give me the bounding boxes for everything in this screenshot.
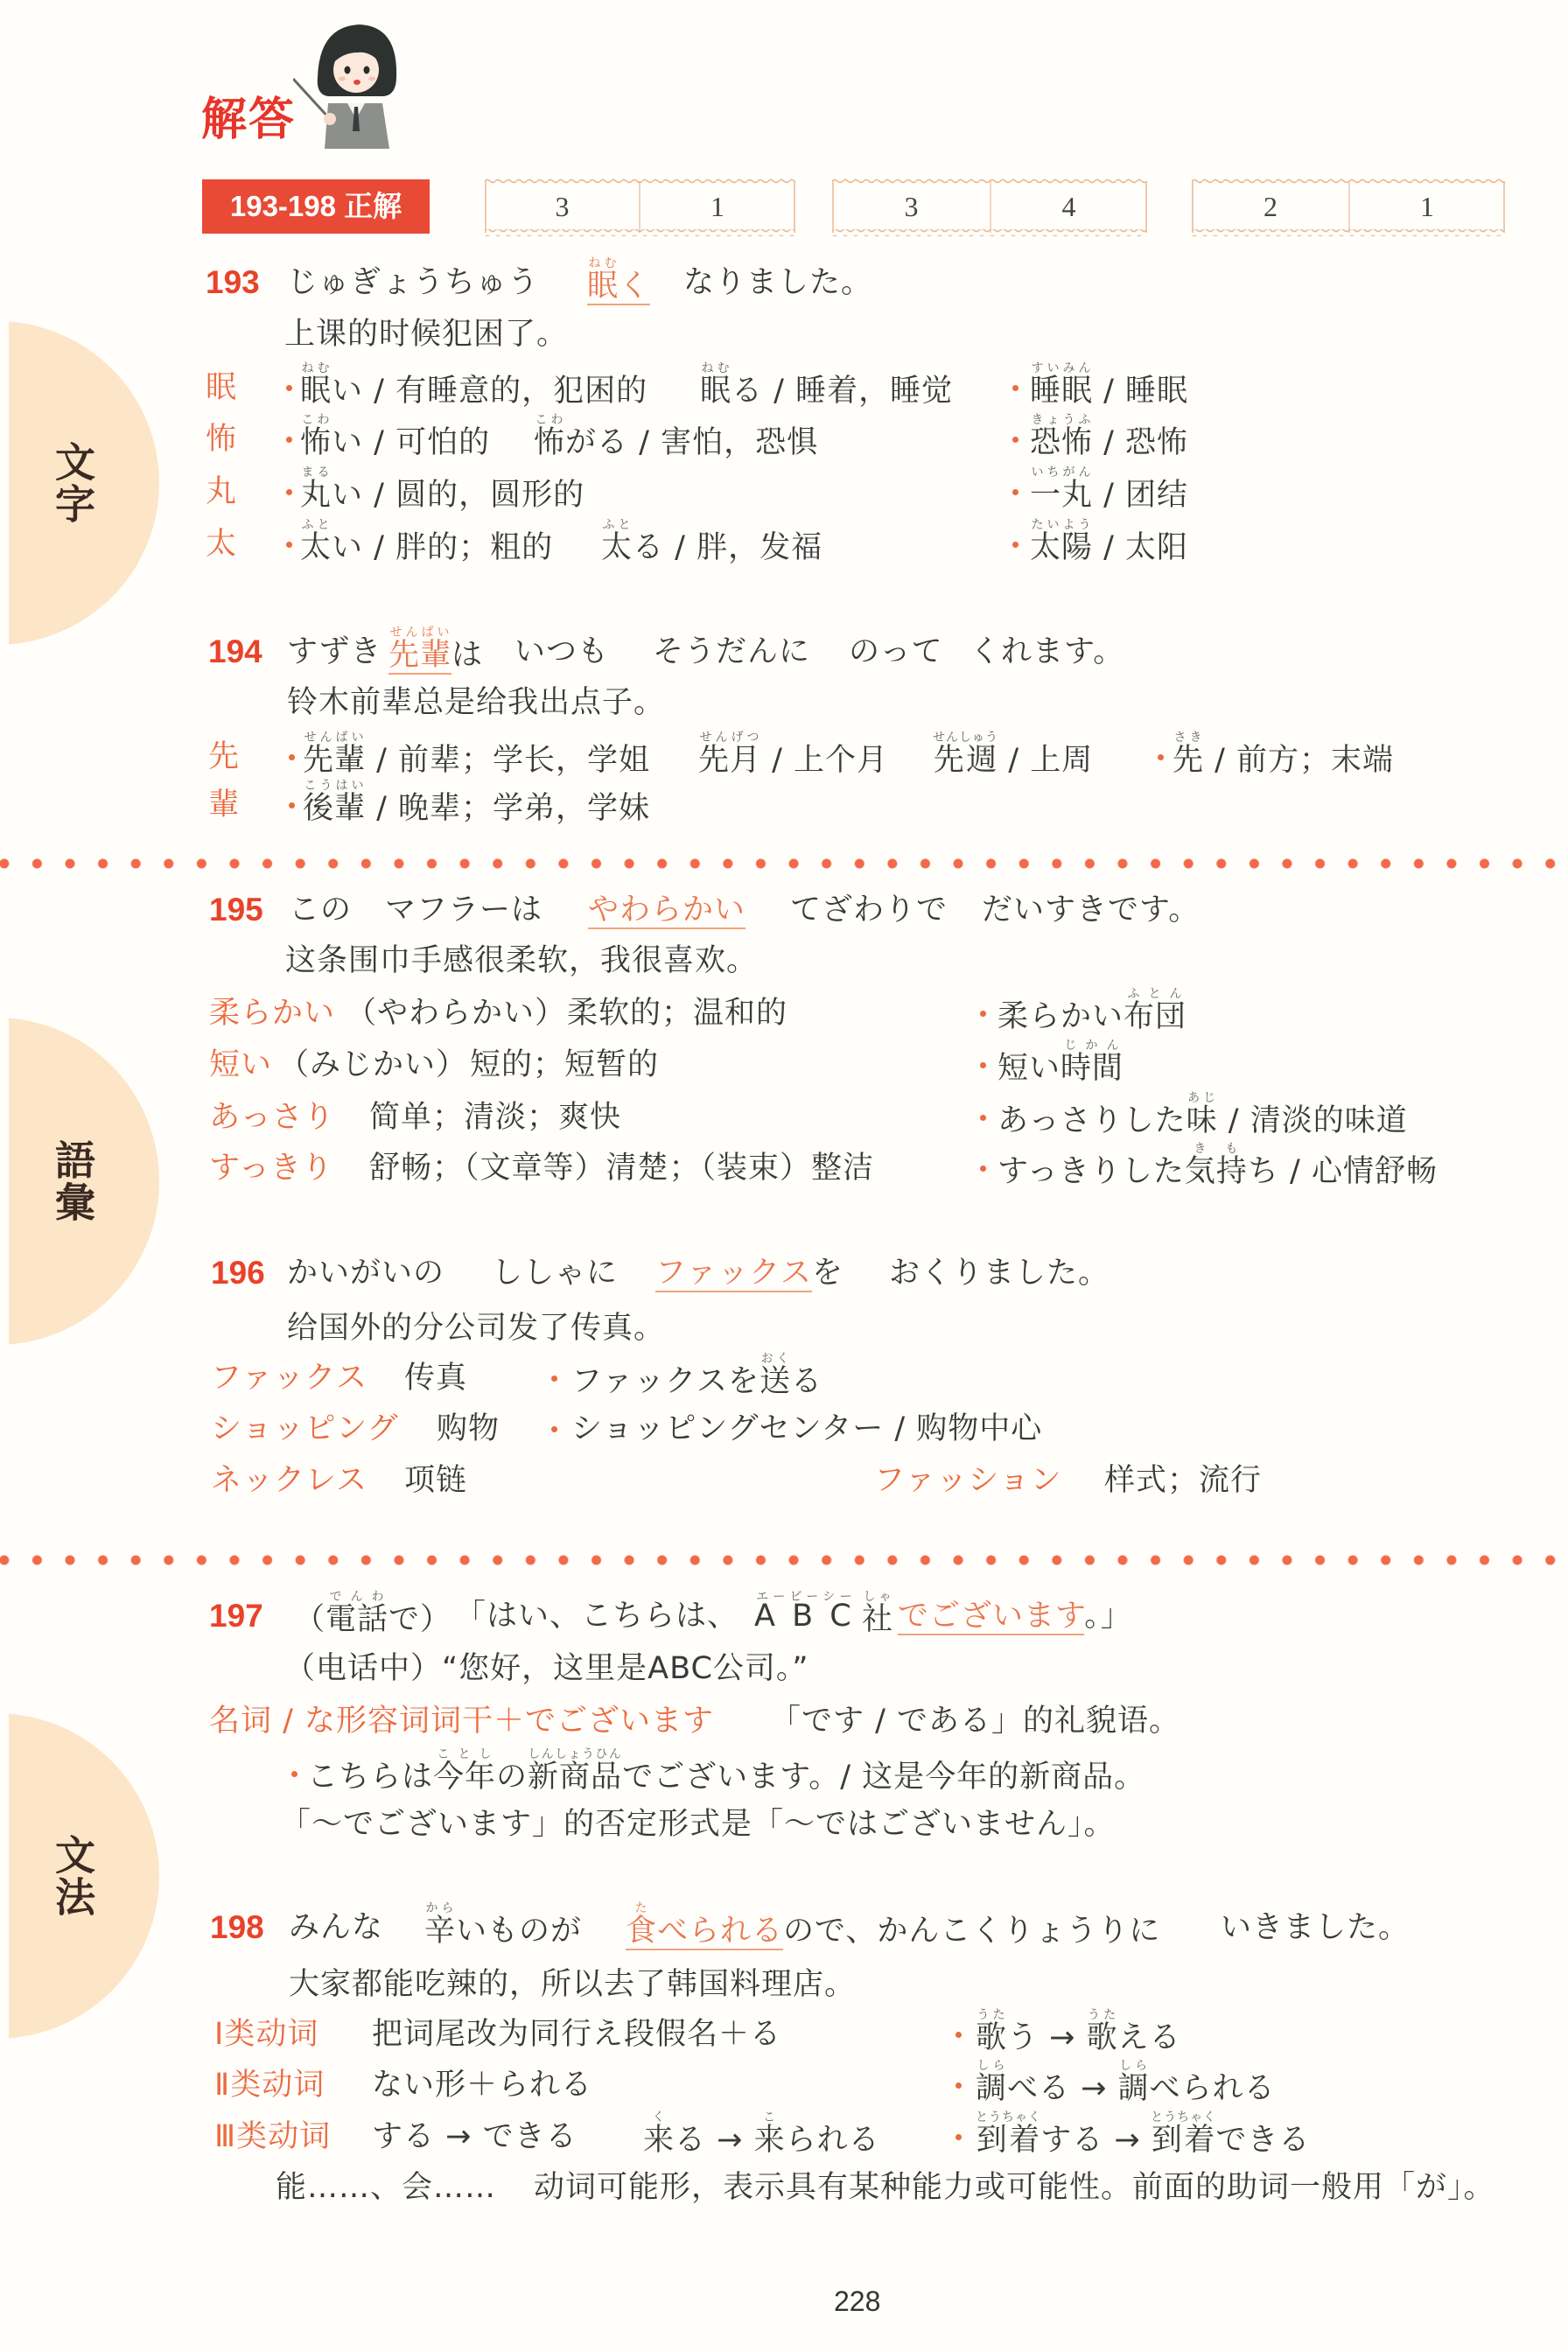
verb-class-rule: する → できる (372, 2110, 577, 2163)
vocab-meaning: 传真 (404, 1352, 467, 1404)
question-number: 198 (210, 1901, 264, 1954)
question-number: 197 (209, 1590, 263, 1642)
answer-kanji: 食 (626, 1914, 657, 1949)
verb-example: 歌うたう → 歌うたえる (976, 2008, 1181, 2064)
furigana: ねむ (300, 361, 332, 375)
entry-meaning: / 上周 (997, 743, 1093, 778)
sentence-part: だいすきです。 (982, 884, 1200, 936)
translation-text: 给国外的分公司发了传真。 (287, 1302, 665, 1354)
sentence-part: すずき (287, 626, 381, 678)
question-197-sentence: 197 （電話でんわで） 「はい、こちらは、 A B Cエービーシー 社しゃ で… (0, 1590, 1568, 1642)
answer-group-193-194: 3 1 (485, 178, 795, 236)
vocab-row: 眠 眠ねむい / 有睡意的，犯困的 眠ねむる / 睡着，睡觉 睡眠すいみん / … (0, 361, 1568, 414)
vocab-entry: 怖こわい / 可怕的 (300, 413, 490, 469)
furigana: うた (976, 2008, 1007, 2022)
entry-okurigana: る (731, 374, 763, 409)
entry-kanji: 睡眠 (1030, 374, 1093, 409)
answer-okurigana: べられる (657, 1914, 783, 1949)
entry-meaning: / 害怕，恐惧 (628, 425, 818, 460)
furigana: でんわ (325, 1590, 388, 1604)
bullet-icon (286, 385, 292, 391)
furigana: せんぱい (388, 626, 451, 640)
entry-okurigana: る (633, 530, 664, 565)
entry-meaning: / 上个月 (761, 743, 888, 778)
vocab-entry: 太ふとい / 胖的；粗的 (300, 518, 553, 574)
vocab-meaning: 样式；流行 (1104, 1454, 1262, 1507)
entry-meaning: / 团结 (1093, 478, 1188, 513)
answer-word: やわらかい (588, 884, 745, 936)
bullet-icon (955, 2082, 962, 2089)
entry-meaning: / 前辈；学长，学姐 (366, 743, 650, 778)
sentence-part: ししゃに (492, 1247, 618, 1299)
furigana: せんしゅう (933, 731, 998, 745)
answer-word: でございます (898, 1599, 1084, 1634)
sentence-part: A B Cエービーシー (754, 1590, 855, 1642)
row-kanji-label: 怖 (206, 413, 237, 465)
verb-class-row: Ⅲ类动词 する → できる 来くる → 来こられる 到着とうちゃくする → 到着… (0, 2110, 1568, 2163)
question-number: 195 (209, 884, 263, 936)
entry-kanji: 先 (1172, 743, 1204, 778)
entry-kanji: 太陽 (1030, 530, 1093, 565)
answer-cell-198: 1 (1349, 178, 1505, 236)
vocab-entry: 太陽たいよう / 太阳 (1030, 518, 1188, 574)
verb-class-label: Ⅰ类动词 (214, 2008, 318, 2061)
entry-kanji: 後輩 (303, 791, 366, 826)
arrow-icon: → (1103, 2123, 1151, 2158)
vocab-example: ファックスを送おくる (571, 1352, 822, 1408)
bullet-icon (289, 802, 295, 808)
entry-meaning: / 圆的，圆形的 (363, 478, 584, 513)
vocab-entry: 睡眠すいみん / 睡眠 (1030, 361, 1188, 417)
sentence-kanji: 社 (862, 1602, 893, 1637)
row-kanji-label: 丸 (206, 465, 237, 518)
answer-cell-194: 1 (640, 178, 795, 236)
example-text: られる (786, 2123, 880, 2158)
furigana: こわ (534, 413, 565, 427)
sentence-part: いきました。 (1221, 1901, 1410, 1954)
example-text: 短い (997, 1051, 1060, 1086)
row-kanji-label: 太 (206, 518, 237, 570)
bullet-icon (286, 489, 292, 495)
sentence-text: で） (388, 1602, 451, 1637)
vocab-example: すっきりした気持きもち / 心情舒畅 (997, 1142, 1438, 1198)
answer-cell-195: 3 (832, 178, 990, 236)
example-sentence: こちらは今年ことしの新商品しんしょうひんでございます。/ 这是今年的新商品。 (307, 1747, 1145, 1803)
grammar-example: こちらは今年ことしの新商品しんしょうひんでございます。/ 这是今年的新商品。 (0, 1747, 1568, 1800)
furigana: じかん (1060, 1039, 1123, 1053)
page-title: 解答 (201, 94, 296, 146)
example-text: べる (1007, 2071, 1070, 2106)
verb-class-rule: 来くる → 来こられる (643, 2110, 880, 2166)
entry-kanji: 怖 (300, 425, 332, 460)
sentence-text: 。」 (1084, 1599, 1132, 1634)
sentence-part: 社しゃ (862, 1590, 893, 1646)
entry-kanji: 眠 (700, 374, 731, 409)
furigana: せんぱい (303, 731, 366, 745)
entry-meaning: / 可怕的 (363, 425, 490, 460)
verb-class-row: Ⅰ类动词 把词尾改为同行え段假名＋る 歌うたう → 歌うたえる (0, 2008, 1568, 2061)
entry-meaning: / 睡着，睡觉 (763, 374, 953, 409)
answer-word: 食たべられる (626, 1914, 783, 1949)
sentence-part: マフラーは (385, 884, 542, 936)
sentence-part: 辛からいものが (424, 1901, 582, 1957)
example-kanji: 送 (759, 1364, 791, 1399)
vocab-entry: 丸まるい / 圆的，圆形的 (300, 465, 584, 521)
bullet-icon (1012, 542, 1018, 548)
question-194-sentence: 194 すずき 先輩せんぱいは いつも そうだんに のって くれます。 (0, 626, 1568, 678)
example-kanji: 来 (643, 2123, 675, 2158)
vocab-row: 太 太ふとい / 胖的；粗的 太ふとる / 胖，发福 太陽たいよう / 太阳 (0, 518, 1568, 570)
verb-example: 到着とうちゃくする → 到着とうちゃくできる (976, 2110, 1310, 2166)
sentence-part: （電話でんわで） (294, 1590, 451, 1646)
vocab-row: 怖 怖こわい / 可怕的 怖こわがる / 害怕，恐惧 恐怖きょうふ / 恐怖 (0, 413, 1568, 465)
row-kanji-label: 輩 (208, 779, 240, 831)
furigana: いちがん (1030, 465, 1093, 479)
entry-meaning: / 太阳 (1093, 530, 1188, 565)
vocab-label: ショッピング (211, 1403, 399, 1455)
vocab-example: ショッピングセンター / 购物中心 (571, 1403, 1042, 1455)
bullet-icon (1158, 754, 1164, 760)
bullet-icon (1012, 385, 1018, 391)
grammar-note: 能……、会…… 动词可能形，表示具有某种能力或可能性。前面的助词一般用「が」。 (0, 2161, 1568, 2214)
vocab-meaning: 短的；短暂的 (470, 1039, 659, 1091)
example-text: ファックスを (571, 1364, 759, 1399)
example-kanji: 布団 (1123, 999, 1186, 1034)
example-text: ち / 心情舒畅 (1248, 1154, 1438, 1189)
vocab-row: 輩 後輩こうはい / 晚辈；学弟，学妹 (0, 779, 1568, 831)
sentence-part: この (289, 884, 352, 936)
entry-meaning: / 胖，发福 (664, 530, 822, 565)
answer-word-group: でございます。」 (898, 1590, 1132, 1642)
vocab-entry: 恐怖きょうふ / 恐怖 (1030, 413, 1188, 469)
example-text: / 清淡的味道 (1218, 1103, 1408, 1138)
entry-okurigana: い (332, 478, 363, 513)
dotted-divider (0, 1555, 1568, 1565)
furigana: しら (976, 2059, 1007, 2073)
furigana: から (424, 1901, 456, 1915)
example-text: でございます。/ 这是今年的新商品。 (622, 1760, 1145, 1795)
bullet-icon (955, 2134, 962, 2140)
entry-kanji: 太 (601, 530, 633, 565)
answer-word: 眠ねむく (587, 256, 650, 312)
vocab-meaning: 购物 (437, 1403, 500, 1455)
furigana: く (643, 2110, 675, 2124)
vocab-reading: （やわらかい） (346, 987, 566, 1039)
example-kanji: 到着 (976, 2123, 1041, 2158)
furigana: ことし (433, 1747, 496, 1761)
answer-word: ファックス (655, 1256, 812, 1291)
example-text: う (1007, 2020, 1039, 2055)
example-kanji: 新商品 (528, 1760, 622, 1795)
question-number: 196 (211, 1247, 265, 1299)
dotted-divider (0, 858, 1568, 869)
verb-class-rule: ない形＋られる (372, 2059, 592, 2111)
answer-group-195-196: 3 4 (832, 178, 1147, 236)
verb-class-rule: 把词尾改为同行え段假名＋る (372, 2008, 781, 2061)
row-kanji-label: 眠 (206, 361, 237, 414)
arrow-icon: → (706, 2123, 754, 2158)
example-text: える (1118, 2020, 1181, 2055)
vocab-entry: 一丸いちがん / 团结 (1030, 465, 1188, 521)
question-195-sentence: 195 この マフラーは やわらかい てざわりで だいすきです。 (0, 884, 1568, 936)
bullet-icon (551, 1375, 557, 1382)
sentence-part: みんな (289, 1901, 383, 1954)
example-kanji: 気持 (1185, 1154, 1248, 1189)
entry-kanji: 太 (300, 530, 332, 565)
translation-text: 上课的时候犯困了。 (284, 308, 568, 360)
furigana: とうちゃく (976, 2110, 1041, 2124)
answer-word-group: 食たべられるので、かんこくりょうりに (626, 1901, 1160, 1957)
bullet-icon (291, 1771, 297, 1777)
vocab-label: ファッション (874, 1454, 1062, 1507)
answer-kanji: 先輩 (388, 638, 451, 673)
vocab-entry: 眠ねむい / 有睡意的，犯困的 (300, 361, 647, 417)
entry-kanji: 眠 (300, 374, 332, 409)
furigana: たいよう (1030, 518, 1093, 532)
example-kanji: 歌 (1087, 2020, 1118, 2055)
bullet-icon (1012, 489, 1018, 495)
vocab-meaning: 舒畅；（文章等）清楚；（装束）整洁 (369, 1142, 874, 1194)
furigana: とうちゃく (1151, 2110, 1216, 2124)
example-kanji: 調 (1118, 2071, 1150, 2106)
furigana: こ (754, 2110, 786, 2124)
translation-text: （电话中）“您好，这里是ABC公司。” (284, 1642, 809, 1695)
bullet-icon (551, 1426, 557, 1432)
example-kanji: 到着 (1151, 2123, 1216, 2158)
furigana: こうはい (303, 779, 366, 793)
page-number: 228 (834, 2284, 880, 2319)
furigana: きも (1185, 1142, 1248, 1156)
question-197-translation: （电话中）“您好，这里是ABC公司。” (0, 1642, 1568, 1695)
entry-kanji: 怖 (534, 425, 565, 460)
example-kanji: 来 (754, 2123, 786, 2158)
sentence-abc: A B C (754, 1599, 855, 1634)
furigana: ねむ (700, 361, 731, 375)
sentence-part: のって (849, 626, 943, 678)
question-194-translation: 铃木前辈总是给我出点子。 (0, 676, 1568, 729)
sentence-text: （ (294, 1602, 325, 1637)
sentence-part: を (812, 1256, 843, 1291)
entry-kanji: 先輩 (303, 743, 366, 778)
entry-meaning: / 晚辈；学弟，学妹 (366, 791, 650, 826)
arrow-icon: → (1039, 2020, 1087, 2055)
example-kanji: 歌 (976, 2020, 1007, 2055)
note-text: 「～でございます」的否定形式是「～ではございません」。 (280, 1798, 1116, 1851)
furigana: ふと (601, 518, 633, 532)
entry-kanji: 丸 (300, 478, 332, 513)
example-text: あっさりした (997, 1103, 1186, 1138)
bullet-icon (1012, 437, 1018, 443)
sentence-kanji: 電話 (325, 1602, 388, 1637)
vocab-row: ショッピング 购物 ショッピングセンター / 购物中心 (0, 1403, 1568, 1455)
grammar-point: 名词 / な形容词词干＋でございます 「です / である」的礼貌语。 (0, 1695, 1568, 1747)
question-198-translation: 大家都能吃辣的，所以去了韩国料理店。 (0, 1958, 1568, 2011)
entry-okurigana: がる (565, 425, 628, 460)
vocab-label: すっきり (209, 1142, 333, 1194)
question-196-translation: 给国外的分公司发了传真。 (0, 1302, 1568, 1354)
vocab-label: あっさり (209, 1091, 335, 1144)
vocab-example: 短い時間じかん (997, 1039, 1123, 1095)
note-label: 能……、会…… (276, 2161, 496, 2214)
furigana: さき (1172, 731, 1204, 745)
furigana: しんしょうひん (528, 1747, 622, 1761)
question-number: 194 (208, 626, 262, 678)
question-196-sentence: 196 かいがいの ししゃに ファックスを おくりました。 (0, 1247, 1568, 1299)
vocab-example: あっさりした味あじ / 清淡的味道 (997, 1091, 1408, 1147)
answer-word: 先輩せんぱい (388, 638, 451, 673)
verb-example: 調しらべる → 調しらべられる (976, 2059, 1276, 2115)
example-text: べられる (1150, 2071, 1276, 2106)
question-195-translation: 这条围巾手感很柔软，我很喜欢。 (0, 934, 1568, 987)
answer-cell-196: 4 (990, 178, 1147, 236)
sentence-part: てざわりで (790, 884, 948, 936)
vocab-entry: 太ふとる / 胖，发福 (601, 518, 822, 574)
vocab-label: 柔らかい (209, 987, 335, 1039)
translation-text: 铃木前辈总是给我出点子。 (287, 676, 665, 729)
vocab-row: 丸 丸まるい / 圆的，圆形的 一丸いちがん / 团结 (0, 465, 1568, 518)
vocab-row: 先 先輩せんぱい / 前辈；学长，学姐 先月せんげつ / 上个月 先週せんしゅう… (0, 731, 1568, 783)
vocab-meaning: 简单；清淡；爽快 (369, 1091, 621, 1144)
sentence-part: くれます。 (969, 626, 1124, 678)
sentence-part: 「はい、こちらは、 (455, 1590, 738, 1642)
entry-meaning: / 恐怖 (1093, 425, 1188, 460)
vocab-reading: （みじかい） (278, 1039, 467, 1091)
sentence-part: かいがいの (287, 1247, 444, 1299)
furigana: きょうふ (1030, 413, 1093, 427)
translation-text: 这条围巾手感很柔软，我很喜欢。 (285, 934, 758, 987)
furigana: すいみん (1030, 361, 1093, 375)
verb-class-label: Ⅱ类动词 (214, 2059, 325, 2111)
row-kanji-label: 先 (208, 731, 240, 783)
vocab-meaning: 项链 (404, 1454, 467, 1507)
question-198-sentence: 198 みんな 辛からいものが 食たべられるので、かんこくりょうりに いきました… (0, 1901, 1568, 1954)
sentence-part: おくりました。 (889, 1247, 1109, 1299)
sentence-part: いつも (514, 626, 609, 678)
vocab-label: 短い (209, 1039, 272, 1091)
entry-kanji: 一丸 (1030, 478, 1093, 513)
sentence-part: じゅぎょうちゅう (287, 256, 539, 309)
answer-cell-193: 3 (485, 178, 640, 236)
vocab-meaning: 柔软的；温和的 (567, 987, 787, 1039)
furigana: まる (300, 465, 332, 479)
vocab-row: 短い （みじかい） 短的；短暂的 短い時間じかん (0, 1039, 1568, 1091)
vocab-example: 柔らかい布団ふとん (997, 987, 1186, 1043)
grammar-note: 「～でございます」的否定形式是「～ではございません」。 (0, 1798, 1568, 1851)
entry-okurigana: い (332, 374, 363, 409)
vocab-row: ネックレス 项链 ファッション 样式；流行 (0, 1454, 1568, 1507)
sentence-part: なりました。 (683, 256, 872, 309)
example-text: の (496, 1760, 528, 1795)
answer-cell-197: 2 (1192, 178, 1349, 236)
example-text: 柔らかい (997, 999, 1123, 1034)
answer-word-group: 先輩せんぱいは (388, 626, 483, 682)
furigana: エービーシー (754, 1590, 855, 1604)
verb-class-row: Ⅱ类动词 ない形＋られる 調しらべる → 調しらべられる (0, 2059, 1568, 2111)
furigana: た (626, 1901, 657, 1915)
answer-okurigana: く (619, 269, 650, 304)
bullet-icon (980, 1115, 986, 1121)
example-kanji: 時間 (1060, 1051, 1123, 1086)
verb-class-label: Ⅲ类动词 (214, 2110, 331, 2163)
vocab-entry: 眠ねむる / 睡着，睡觉 (700, 361, 953, 417)
entry-meaning: / 睡眠 (1093, 374, 1188, 409)
furigana: ふとん (1123, 987, 1186, 1001)
entry-okurigana: い (332, 530, 363, 565)
answer-range-label: 193-198 正解 (202, 179, 430, 234)
furigana: しら (1118, 2059, 1150, 2073)
bullet-icon (980, 1011, 986, 1017)
sentence-text: いものが (456, 1914, 582, 1949)
example-text: すっきりした (997, 1154, 1185, 1189)
example-text: できる (1215, 2123, 1310, 2158)
example-kanji: 味 (1186, 1103, 1218, 1138)
example-text: する (1040, 2123, 1103, 2158)
vocab-row: 柔らかい （やわらかい） 柔软的；温和的 柔らかい布団ふとん (0, 987, 1568, 1039)
furigana: せんげつ (698, 731, 761, 745)
bullet-icon (980, 1165, 986, 1172)
note-text: 动词可能形，表示具有某种能力或可能性。前面的助词一般用「が」。 (534, 2161, 1495, 2214)
answer-kanji: 眠 (587, 269, 619, 304)
sentence-text: ので、かんこくりょうりに (783, 1914, 1160, 1949)
entry-meaning: / 前方；末端 (1204, 743, 1394, 778)
bullet-icon (980, 1062, 986, 1068)
furigana: おく (759, 1352, 791, 1366)
grammar-pattern: 名词 / な形容词词干＋でございます (209, 1695, 714, 1747)
translation-text: 大家都能吃辣的，所以去了韩国料理店。 (289, 1958, 856, 2011)
question-number: 193 (206, 256, 260, 309)
vocab-row: すっきり 舒畅；（文章等）清楚；（装束）整洁 すっきりした気持きもち / 心情舒… (0, 1142, 1568, 1194)
answer-word-group: ファックスを (655, 1247, 843, 1299)
entry-kanji: 先月 (698, 743, 761, 778)
entry-meaning: / 胖的；粗的 (363, 530, 553, 565)
entry-kanji: 恐怖 (1030, 425, 1093, 460)
example-kanji: 今年 (433, 1760, 496, 1795)
furigana: ふと (300, 518, 332, 532)
sentence-part: そうだんに (653, 626, 810, 678)
example-text: る (791, 1364, 822, 1399)
example-text: こちらは (307, 1760, 433, 1795)
question-193-sentence: 193 じゅぎょうちゅう 眠ねむく なりました。 (0, 256, 1568, 309)
furigana: こわ (300, 413, 332, 427)
arrow-icon: → (1070, 2071, 1118, 2106)
sentence-kanji: 辛 (424, 1914, 456, 1949)
grammar-explanation: 「です / である」的礼貌语。 (770, 1695, 1180, 1747)
entry-kanji: 先週 (933, 743, 998, 778)
example-kanji: 調 (976, 2071, 1007, 2106)
furigana: しゃ (862, 1590, 893, 1604)
answer-group-197-198: 2 1 (1192, 178, 1505, 236)
vocab-entry: 怖こわがる / 害怕，恐惧 (534, 413, 818, 469)
question-193-translation: 上课的时候犯困了。 (0, 308, 1568, 360)
vocab-entry: 後輩こうはい / 晚辈；学弟，学妹 (303, 779, 650, 835)
furigana: あじ (1186, 1091, 1218, 1105)
furigana: ねむ (587, 256, 619, 270)
vocab-row: あっさり 简单；清淡；爽快 あっさりした味あじ / 清淡的味道 (0, 1091, 1568, 1144)
furigana: うた (1087, 2008, 1118, 2022)
bullet-icon (286, 437, 292, 443)
bullet-icon (955, 2032, 962, 2038)
vocab-label: ファックス (211, 1352, 367, 1404)
example-text: る (675, 2123, 706, 2158)
bullet-icon (286, 542, 292, 548)
entry-meaning: / 有睡意的，犯困的 (363, 374, 647, 409)
bullet-icon (289, 754, 295, 760)
teacher-girl-illustration (293, 16, 402, 151)
entry-okurigana: い (332, 425, 363, 460)
vocab-row: ファックス 传真 ファックスを送おくる (0, 1352, 1568, 1404)
vocab-label: ネックレス (211, 1454, 367, 1507)
sentence-part: は (451, 638, 483, 673)
